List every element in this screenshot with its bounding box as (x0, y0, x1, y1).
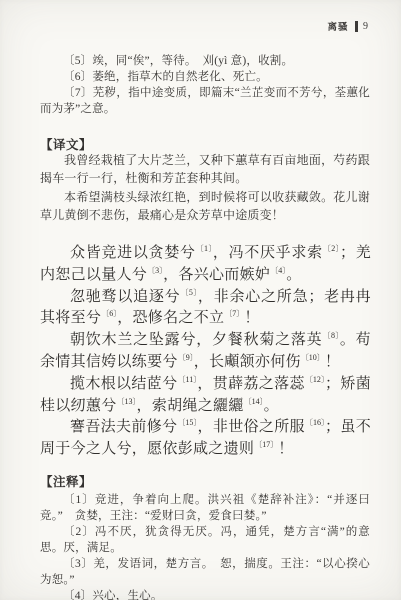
translation-section-label: 【译文】 (40, 135, 92, 153)
note-reference: 〔6〕 (101, 309, 117, 318)
annotation-item: 〔2〕冯不厌，犹贪得无厌。冯，通凭，楚方言“满”的意思。厌，满足。 (40, 524, 370, 556)
annotation-item: 〔4〕兴心，生心。 (40, 588, 370, 600)
poem-paragraph: 謇吾法夫前修兮〔15〕，非世俗之所服〔16〕；虽不周于今之人兮，愿依彭咸之遗则〔… (40, 417, 371, 461)
poem-paragraph: 揽木根以结茝兮〔11〕，贯薜荔之落蕊〔12〕；矫菌桂以纫蕙兮〔13〕，索胡绳之纚… (40, 374, 371, 418)
note-item: 〔5〕竢，同“俟”，等待。 刈(yì 意)，收割。 (40, 53, 370, 69)
note-reference: 〔10〕 (301, 353, 325, 362)
page-number: 9 (363, 21, 368, 32)
note-reference: 〔14〕 (244, 397, 264, 406)
book-page: 离骚 9 〔5〕竢，同“俟”，等待。 刈(yì 意)，收割。〔6〕萎绝，指草木的… (0, 0, 401, 600)
header-divider-bar (355, 21, 359, 32)
poem-paragraph: 众皆竞进以贪婪兮〔1〕，冯不厌乎求索〔2〕；羌内恕己以量人兮〔3〕，各兴心而嫉妒… (40, 243, 371, 287)
note-reference: 〔3〕 (147, 266, 163, 275)
poem-paragraph: 忽驰骛以追逐兮〔5〕，非余心之所急；老冉冉其将至兮〔6〕，恐修名之不立〔7〕！ (40, 287, 371, 331)
running-header-title: 离骚 (327, 19, 348, 33)
note-reference: 〔7〕 (224, 309, 244, 318)
annotations-section-label: 【注释】 (40, 472, 92, 490)
annotations-body: 〔1〕竞进，争着向上爬。洪兴祖《楚辞补注》：“并逐曰竞。” 贪婪，王注：“爱财曰… (40, 492, 370, 600)
note-reference: 〔9〕 (178, 353, 194, 362)
note-reference: 〔12〕 (305, 375, 325, 384)
poem-paragraph: 朝饮木兰之坠露兮，夕餐秋菊之落英〔8〕。苟余情其信姱以练要兮〔9〕，长顑颔亦何伤… (40, 330, 371, 374)
note-reference: 〔1〕 (196, 244, 213, 253)
note-reference: 〔16〕 (305, 418, 325, 427)
note-item: 〔7〕芜秽，指中途变质，即篇末“兰芷变而不芳兮，荃蕙化而为茅”之意。 (40, 85, 370, 117)
note-item: 〔6〕萎绝，指草木的自然老化、死亡。 (40, 69, 370, 85)
note-reference: 〔8〕 (322, 331, 339, 340)
note-reference: 〔5〕 (180, 288, 197, 297)
translation-body: 我曾经栽植了大片芝兰，又种下蕙草有百亩地面，芍药跟揭车一行一行，杜衡和芳芷套种其… (40, 152, 370, 224)
note-reference: 〔2〕 (323, 244, 340, 253)
translation-paragraph: 本希望满枝头绿浓红艳，到时候将可以收获藏敛。花儿谢草儿黄倒不悲伤，最痛心是众芳草… (40, 189, 370, 224)
notes-continued-block: 〔5〕竢，同“俟”，等待。 刈(yì 意)，收割。〔6〕萎绝，指草木的自然老化、… (40, 53, 370, 117)
note-reference: 〔15〕 (177, 418, 197, 427)
note-reference: 〔13〕 (117, 397, 137, 406)
poem-body: 众皆竞进以贪婪兮〔1〕，冯不厌乎求索〔2〕；羌内恕己以量人兮〔3〕，各兴心而嫉妒… (40, 243, 371, 461)
note-reference: 〔11〕 (177, 375, 197, 384)
note-reference: 〔4〕 (270, 266, 286, 275)
translation-paragraph: 我曾经栽植了大片芝兰，又种下蕙草有百亩地面，芍药跟揭车一行一行，杜衡和芳芷套种其… (40, 152, 370, 187)
annotation-item: 〔3〕羌，发语词，楚方言。 恕，揣度。王注：“以心揆心为恕。” (40, 556, 370, 588)
running-header: 离骚 9 (327, 19, 368, 33)
annotation-item: 〔1〕竞进，争着向上爬。洪兴祖《楚辞补注》：“并逐曰竞。” 贪婪，王注：“爱财曰… (40, 492, 370, 524)
note-reference: 〔17〕 (254, 440, 278, 449)
